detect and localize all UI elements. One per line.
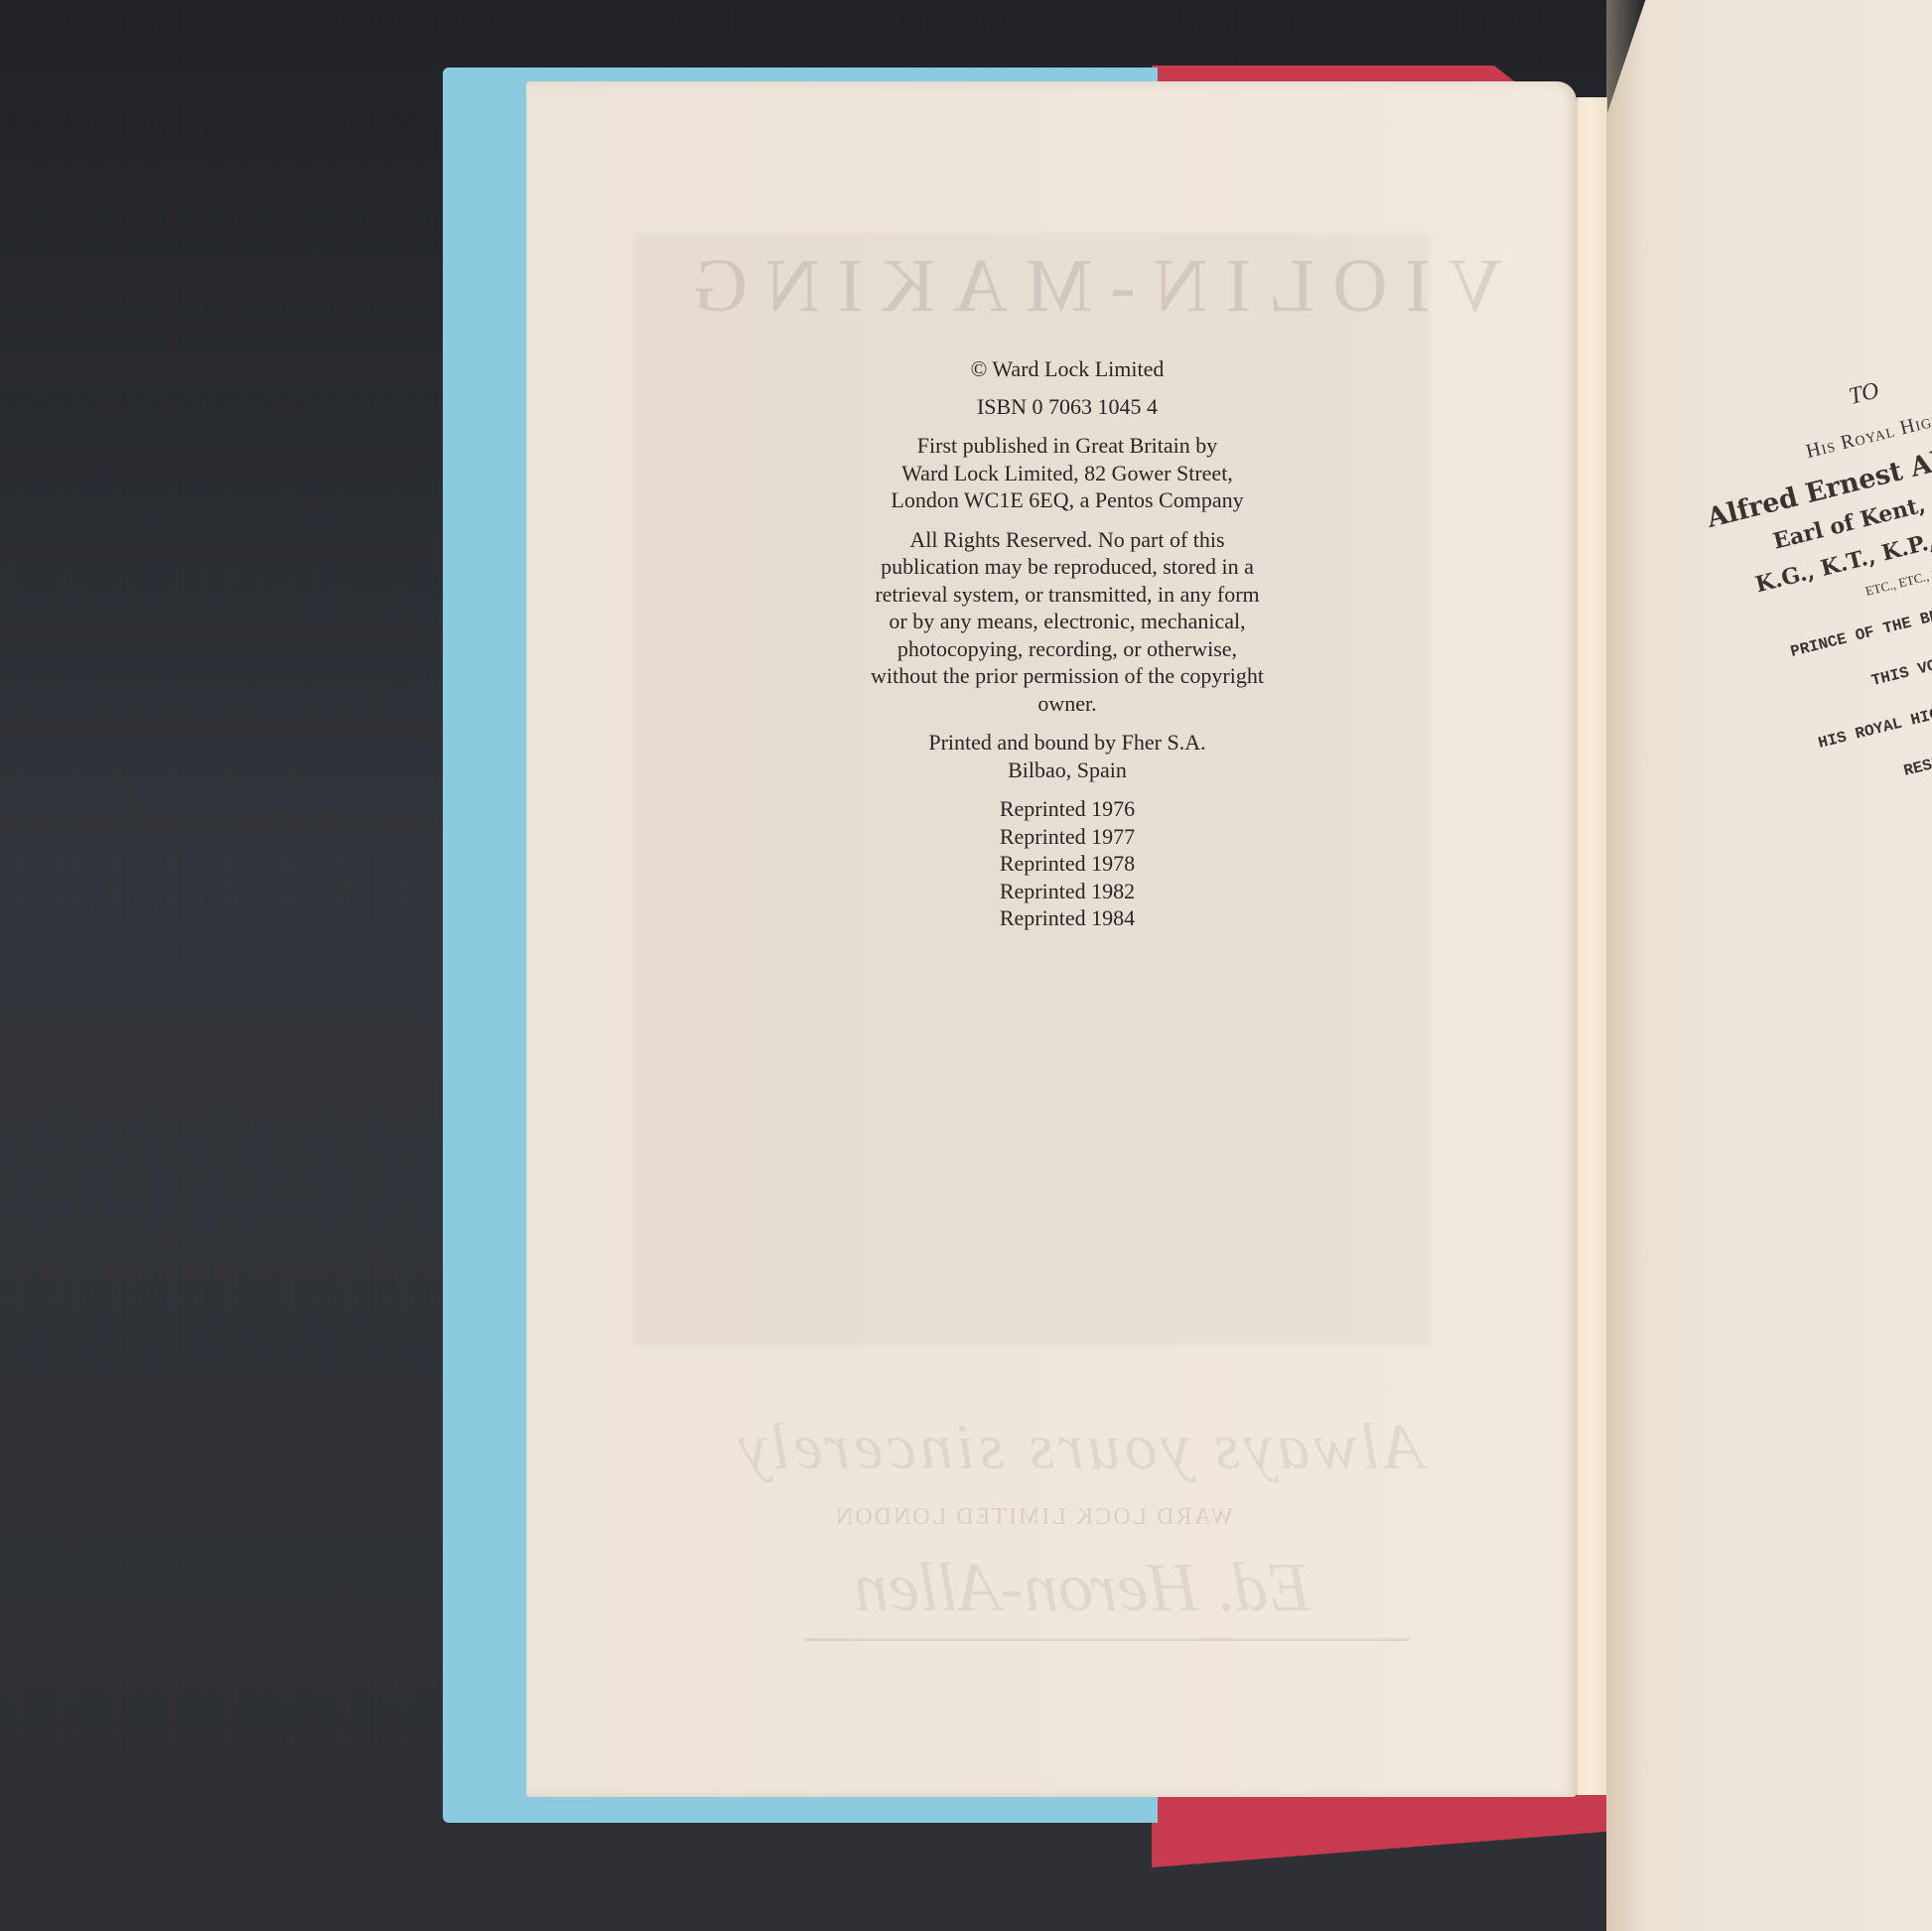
- show-through-publisher: WARD LOCK LIMITED LONDON: [834, 1504, 1233, 1531]
- show-through-rule: [804, 1638, 1410, 1641]
- gutter: [1577, 97, 1607, 1795]
- recto-page: [1606, 0, 1932, 1931]
- rights-notice: All Rights Reserved. No part of this pub…: [814, 526, 1320, 718]
- show-through-title: VIOLIN-MAKING: [675, 243, 1502, 330]
- reprint-history: Reprinted 1976 Reprinted 1977 Reprinted …: [814, 795, 1320, 932]
- show-through-signature: Always yours sincerely: [735, 1410, 1424, 1485]
- show-through-signature-name: Ed. Heron-Allen: [854, 1549, 1311, 1628]
- copyright-line: © Ward Lock Limited: [814, 355, 1320, 383]
- imprint-block: © Ward Lock Limited ISBN 0 7063 1045 4 F…: [814, 355, 1320, 944]
- isbn-line: ISBN 0 7063 1045 4: [814, 393, 1320, 421]
- recto-gutter-shadow: [1606, 0, 1646, 1931]
- printer-info: Printed and bound by Fher S.A. Bilbao, S…: [814, 729, 1320, 783]
- first-published: First published in Great Britain by Ward…: [814, 432, 1320, 514]
